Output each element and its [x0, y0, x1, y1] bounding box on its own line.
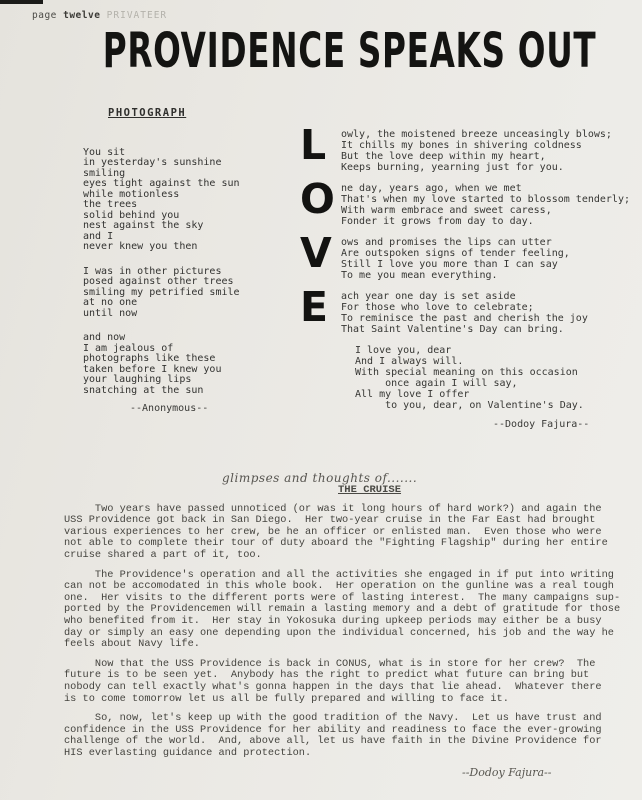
- cruise-paragraph-3: Now that the USS Providence is back in C…: [64, 659, 630, 705]
- love-stanza-o-lines: ne day, years ago, when we met That's wh…: [341, 183, 635, 227]
- page-title: PROVIDENCE SPEAKS OUT: [103, 27, 540, 75]
- photograph-poem-heading: PHOTOGRAPH: [108, 108, 186, 119]
- page-number: twelve: [63, 10, 107, 21]
- cruise-article: glimpses and thoughts of....... THE CRUI…: [64, 472, 630, 779]
- scan-artifact-mark: [0, 0, 43, 4]
- cruise-paragraph-4: So, now, let's keep up with the good tra…: [64, 713, 630, 759]
- love-stanza-v: V ows and promises the lips can utter Ar…: [300, 237, 635, 281]
- love-stanza-e: E ach year one day is set aside For thos…: [300, 291, 635, 335]
- love-stanza-l-lines: owly, the moistened breeze unceasingly b…: [341, 129, 635, 173]
- drop-cap-letter-o: O: [300, 184, 335, 214]
- love-stanza-v-lines: ows and promises the lips can utter Are …: [341, 237, 635, 281]
- cruise-article-kicker: glimpses and thoughts of.......: [222, 472, 630, 485]
- love-poem-signature: --Dodoy Fajura--: [493, 419, 635, 430]
- photograph-stanza-2: I was in other pictures posed against ot…: [83, 267, 308, 320]
- cruise-article-signature: --Dodoy Fajura--: [462, 767, 630, 779]
- publication-name: PRIVATEER: [107, 10, 167, 21]
- cruise-paragraph-2: The Providence's operation and all the a…: [64, 570, 630, 651]
- scanned-newsletter-page: page twelve PRIVATEER PROVIDENCE SPEAKS …: [0, 0, 642, 800]
- photograph-stanza-1: You sit in yesterday's sunshine smiling …: [83, 148, 308, 253]
- photograph-poem-signature: --Anonymous--: [130, 404, 308, 415]
- love-stanza-e-lines: ach year one day is set aside For those …: [341, 291, 635, 335]
- love-poem-closing-stanza: I love you, dear And I always will. With…: [355, 345, 635, 411]
- love-stanza-l: L owly, the moistened breeze unceasingly…: [300, 129, 635, 173]
- photograph-poem: PHOTOGRAPH You sit in yesterday's sunshi…: [83, 108, 308, 415]
- drop-cap-letter-e: E: [300, 292, 328, 322]
- love-stanza-o: O ne day, years ago, when we met That's …: [300, 183, 635, 227]
- photograph-stanza-3: and now I am jealous of photographs like…: [83, 333, 308, 396]
- drop-cap-letter-v: V: [300, 238, 332, 268]
- cruise-paragraph-1: Two years have passed unnoticed (or was …: [64, 504, 630, 562]
- page-header: page twelve PRIVATEER: [32, 10, 167, 21]
- cruise-article-heading: THE CRUISE: [338, 485, 401, 497]
- love-poem: L owly, the moistened breeze unceasingly…: [300, 129, 635, 430]
- drop-cap-letter-l: L: [300, 130, 326, 160]
- page-label: page: [32, 10, 63, 21]
